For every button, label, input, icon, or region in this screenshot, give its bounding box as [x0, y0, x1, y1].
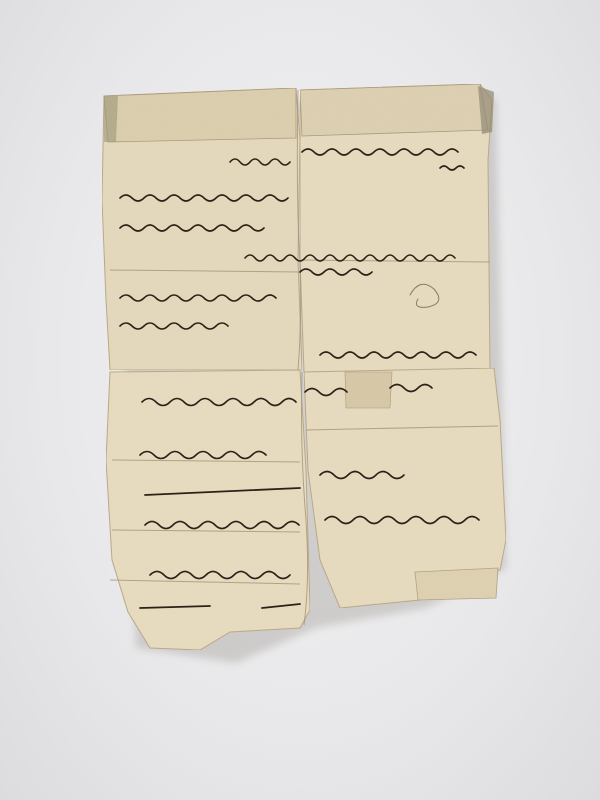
manuscript [0, 0, 600, 800]
fragment-top-right [300, 84, 494, 372]
fragment-bottom-right [304, 368, 506, 608]
fragment-bottom-left [106, 370, 310, 650]
photo-scene: Torn folded manuscript page with cursive… [0, 0, 600, 800]
